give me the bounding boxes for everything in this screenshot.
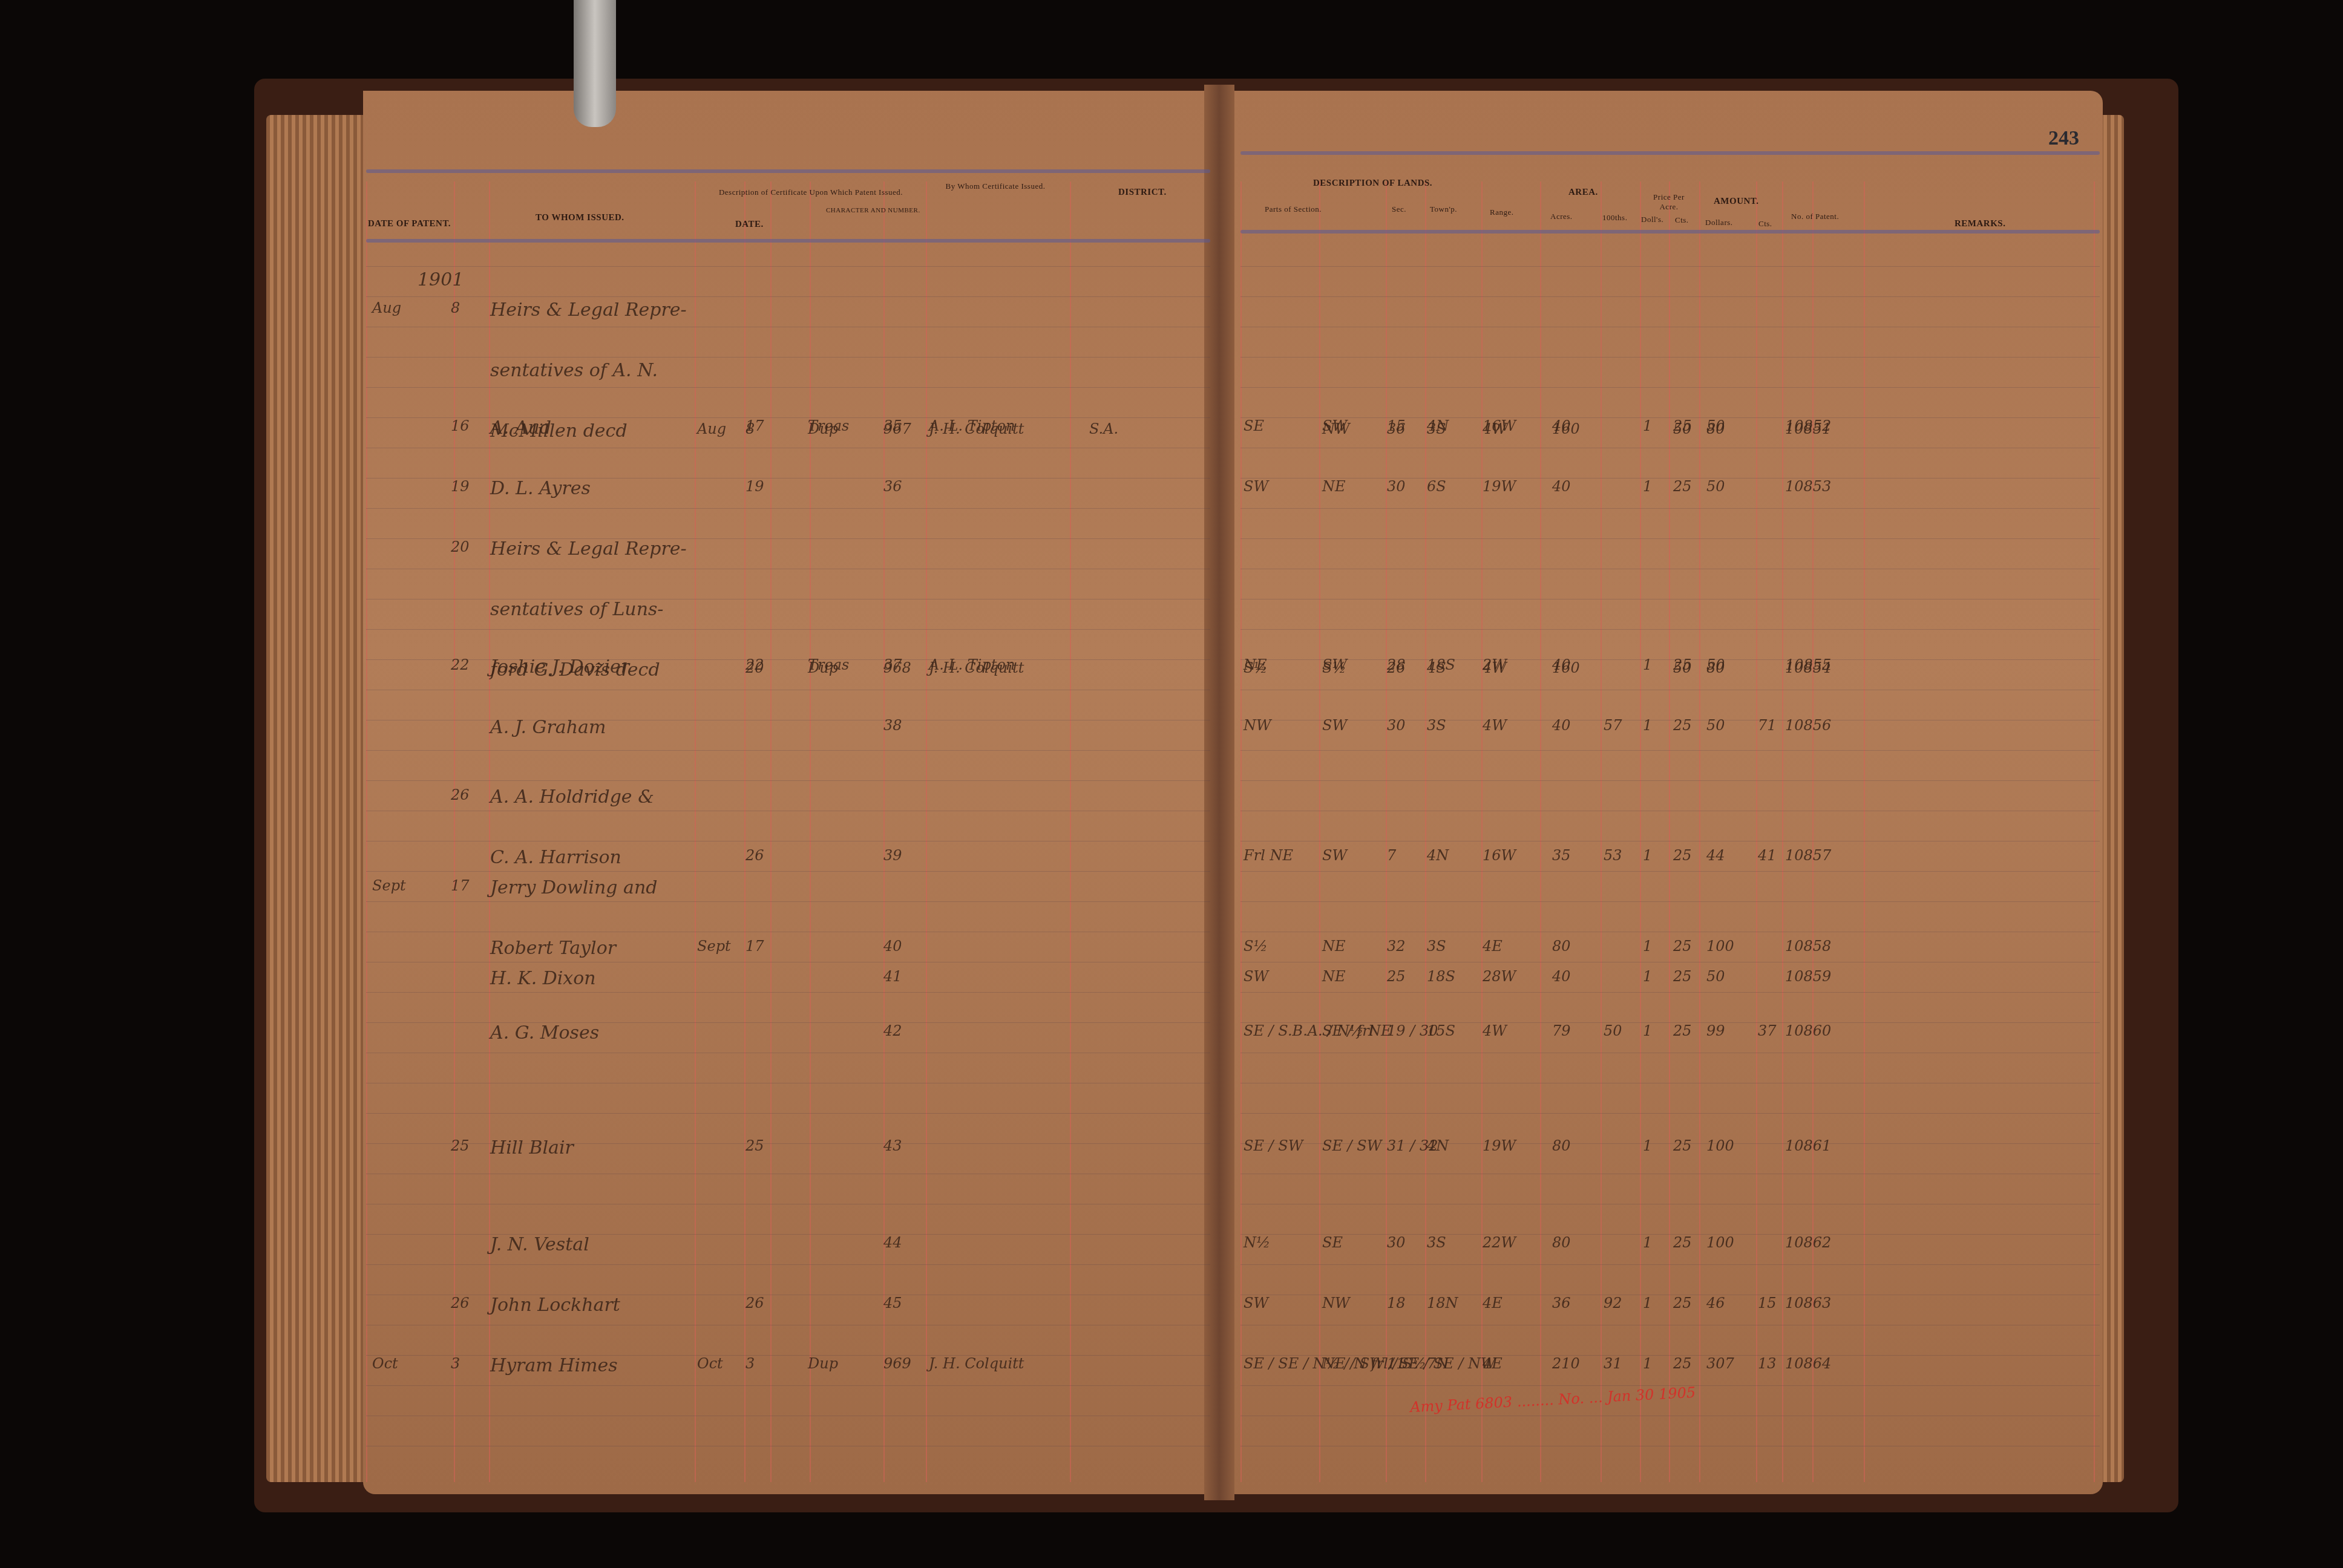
entry-name-line: Heirs & Legal Repre- bbox=[490, 299, 687, 321]
header-description-of-lands: DESCRIPTION OF LANDS. bbox=[1313, 178, 1432, 189]
row-rule bbox=[1240, 1264, 2100, 1265]
entry-rng: 16W bbox=[1483, 417, 1516, 434]
entry-part2: SE / SW bbox=[1322, 1137, 1381, 1154]
header-parts-of-section: Parts of Section. bbox=[1265, 204, 1322, 214]
entry-acres: 40 bbox=[1552, 478, 1571, 495]
entry-patent-no: 10853 bbox=[1785, 478, 1831, 495]
entry-twp: 18S bbox=[1427, 656, 1455, 673]
entry-name-line: Hyram Himes bbox=[490, 1355, 618, 1376]
entry-name-line: H. K. Dixon bbox=[490, 968, 596, 989]
entry-rng: 4W bbox=[1483, 1022, 1507, 1039]
entry-dolls: 1 bbox=[1643, 1137, 1652, 1154]
row-rule bbox=[1240, 1174, 2100, 1174]
entry-day: 22 bbox=[451, 656, 470, 673]
row-rule bbox=[366, 932, 1210, 932]
entry-dolls: 1 bbox=[1643, 1234, 1652, 1251]
bookmark-clip bbox=[574, 0, 616, 127]
entry-number: 36 bbox=[883, 478, 902, 495]
row-rule bbox=[366, 1325, 1210, 1325]
entry-acres: 40 bbox=[1552, 656, 1571, 673]
entry-acres: 40 bbox=[1552, 717, 1571, 734]
entry-patent-no: 10863 bbox=[1785, 1295, 1831, 1312]
entry-day: 16 bbox=[451, 417, 470, 434]
entry-part2: SE bbox=[1322, 1234, 1343, 1251]
entry-rng: 4W bbox=[1483, 717, 1507, 734]
entry-part2: NW bbox=[1322, 1295, 1350, 1312]
entry-cert-day: 26 bbox=[745, 847, 764, 864]
header-acres: Acres. bbox=[1550, 212, 1573, 221]
row-rule bbox=[366, 690, 1210, 690]
entry-acres: 210 bbox=[1552, 1355, 1580, 1372]
row-rule bbox=[1240, 508, 2100, 509]
entry-hundredths: 57 bbox=[1604, 717, 1622, 734]
row-rule bbox=[366, 1264, 1210, 1265]
entry-amount-cts: 13 bbox=[1758, 1355, 1777, 1372]
row-rule bbox=[366, 1053, 1210, 1053]
entry-part1: N½ bbox=[1244, 1234, 1270, 1251]
entry-part1: SW bbox=[1244, 1295, 1268, 1312]
entry-dollars: 44 bbox=[1706, 847, 1725, 864]
row-rule bbox=[366, 327, 1210, 327]
entry-rng: 19W bbox=[1483, 478, 1516, 495]
entry-dollars: 46 bbox=[1706, 1295, 1725, 1312]
year-label: 1901 bbox=[418, 269, 464, 290]
row-rule bbox=[1240, 659, 2100, 660]
header-character-number: CHARACTER AND NUMBER. bbox=[826, 207, 920, 214]
entry-dolls: 1 bbox=[1643, 717, 1652, 734]
entry-twp: 4N bbox=[1427, 417, 1449, 434]
entry-day: 25 bbox=[451, 1137, 470, 1154]
entry-cts: 25 bbox=[1673, 717, 1692, 734]
entry-part2: SW bbox=[1322, 717, 1347, 734]
header-rule bbox=[1240, 151, 2100, 155]
entry-part1: NW bbox=[1244, 717, 1271, 734]
entry-cts: 25 bbox=[1673, 847, 1692, 864]
entry-number: 41 bbox=[883, 968, 902, 985]
entry-acres: 36 bbox=[1552, 1295, 1571, 1312]
row-rule bbox=[366, 296, 1210, 297]
entry-cts: 25 bbox=[1673, 1137, 1692, 1154]
entry-rng: 19W bbox=[1483, 1137, 1516, 1154]
entry-hundredths: 92 bbox=[1604, 1295, 1622, 1312]
entry-number: 43 bbox=[883, 1137, 902, 1154]
row-rule bbox=[1240, 1113, 2100, 1114]
entry-part2: SE / frl bbox=[1322, 1022, 1374, 1039]
column-rule bbox=[926, 181, 927, 1482]
row-rule bbox=[1240, 599, 2100, 599]
entry-acres: 40 bbox=[1552, 968, 1571, 985]
row-rule bbox=[1240, 1295, 2100, 1295]
entry-cert-day: 17 bbox=[745, 938, 764, 955]
entry-name-line: A. A. Holdridge & bbox=[490, 786, 654, 808]
entry-dollars: 100 bbox=[1706, 1234, 1734, 1251]
page-number: 243 bbox=[2048, 127, 2079, 150]
entry-day: 26 bbox=[451, 786, 470, 803]
entry-dolls: 1 bbox=[1643, 847, 1652, 864]
entry-sec: 30 bbox=[1387, 1234, 1406, 1251]
column-rule bbox=[810, 181, 811, 1482]
entry-cts: 25 bbox=[1673, 1295, 1692, 1312]
entry-day: 20 bbox=[451, 538, 470, 555]
header-100ths: 100ths. bbox=[1602, 213, 1627, 223]
row-rule bbox=[366, 901, 1210, 902]
entry-dolls: 1 bbox=[1643, 1355, 1652, 1372]
header-township: Town'p. bbox=[1430, 204, 1457, 214]
row-rule bbox=[366, 1113, 1210, 1114]
row-rule bbox=[366, 357, 1210, 358]
column-rule bbox=[366, 181, 367, 1482]
entry-name-line: John Lockhart bbox=[490, 1295, 620, 1316]
entry-twp: 6S bbox=[1427, 478, 1446, 495]
row-rule bbox=[366, 1385, 1210, 1386]
entry-patent-no: 10861 bbox=[1785, 1137, 1831, 1154]
row-rule bbox=[1240, 1053, 2100, 1053]
column-rule bbox=[2094, 181, 2095, 1482]
row-rule bbox=[366, 629, 1210, 630]
entry-dolls: 1 bbox=[1643, 1022, 1652, 1039]
entry-sec: 30 bbox=[1387, 478, 1406, 495]
entry-month: Aug bbox=[372, 299, 401, 316]
entry-number: 969 bbox=[883, 1355, 911, 1372]
entry-twp: 18S bbox=[1427, 968, 1455, 985]
header-price-per-acre: Price Per Acre. bbox=[1645, 192, 1693, 212]
entry-day: 8 bbox=[451, 299, 460, 316]
entry-amount-cts: 71 bbox=[1758, 717, 1777, 734]
entry-dolls: 1 bbox=[1643, 1295, 1652, 1312]
row-rule bbox=[366, 1446, 1210, 1446]
row-rule bbox=[1240, 387, 2100, 388]
entry-hundredths: 31 bbox=[1604, 1355, 1622, 1372]
entry-cts: 25 bbox=[1673, 417, 1692, 434]
entry-day: 26 bbox=[451, 1295, 470, 1312]
row-rule bbox=[366, 871, 1210, 872]
entry-dollars: 307 bbox=[1706, 1355, 1734, 1372]
entry-part2: SW bbox=[1322, 656, 1347, 673]
entry-hundredths: 53 bbox=[1604, 847, 1622, 864]
header-rule bbox=[1240, 230, 2100, 234]
row-rule bbox=[366, 1174, 1210, 1174]
entry-cert-month: Sept bbox=[697, 938, 731, 955]
entry-number: 39 bbox=[883, 847, 902, 864]
entry-acres: 35 bbox=[1552, 847, 1571, 864]
entry-day: 19 bbox=[451, 478, 470, 495]
entry-sec: 28 bbox=[1387, 656, 1406, 673]
entry-name-line: A. G. Moses bbox=[490, 1022, 599, 1044]
header-no-of-patent: No. of Patent. bbox=[1791, 212, 1839, 221]
column-rule bbox=[1640, 181, 1641, 1482]
column-rule bbox=[454, 181, 455, 1482]
row-rule bbox=[366, 508, 1210, 509]
entry-cts: 25 bbox=[1673, 478, 1692, 495]
entry-cts: 25 bbox=[1673, 968, 1692, 985]
entry-name-line: sentatives of Luns- bbox=[490, 599, 664, 620]
row-rule bbox=[1240, 780, 2100, 781]
row-rule bbox=[1240, 296, 2100, 297]
entry-name-line: C. A. Harrison bbox=[490, 847, 621, 868]
header-dolls: Doll's. bbox=[1641, 215, 1663, 224]
entry-twp: 3S bbox=[1427, 938, 1446, 955]
entry-character: Dup bbox=[808, 1355, 838, 1372]
book-gutter bbox=[1204, 85, 1234, 1500]
header-remarks: REMARKS. bbox=[1955, 219, 2005, 229]
entry-rng: 2W bbox=[1483, 656, 1507, 673]
entry-dollars: 100 bbox=[1706, 1137, 1734, 1154]
entry-part2: NE / SW / SE / SE / NW bbox=[1322, 1355, 1496, 1372]
entry-cts: 25 bbox=[1673, 1234, 1692, 1251]
entry-cert-day: 3 bbox=[745, 1355, 755, 1372]
entry-character: Treas bbox=[808, 417, 849, 434]
entry-number: 38 bbox=[883, 717, 902, 734]
header-rule bbox=[366, 169, 1210, 173]
header-amount-cts: Cts. bbox=[1758, 219, 1772, 229]
page-edges-right bbox=[2100, 115, 2124, 1482]
column-rule bbox=[1386, 181, 1387, 1482]
row-rule bbox=[366, 448, 1210, 448]
entry-part1: SW bbox=[1244, 968, 1268, 985]
column-rule bbox=[770, 181, 772, 1482]
header-to-whom-issued: TO WHOM ISSUED. bbox=[536, 213, 624, 223]
entry-part2: NE bbox=[1322, 938, 1346, 955]
header-rule bbox=[366, 239, 1210, 243]
entry-character: Treas bbox=[808, 656, 849, 673]
row-rule bbox=[1240, 720, 2100, 720]
row-rule bbox=[366, 780, 1210, 781]
header-amount: AMOUNT. bbox=[1714, 197, 1758, 207]
entry-patent-no: 10864 bbox=[1785, 1355, 1831, 1372]
entry-twp: 4N bbox=[1427, 1137, 1449, 1154]
entry-sec: 15 bbox=[1387, 417, 1406, 434]
entry-twp: 3S bbox=[1427, 1234, 1446, 1251]
row-rule bbox=[1240, 992, 2100, 993]
row-rule bbox=[1240, 266, 2100, 267]
row-rule bbox=[366, 1083, 1210, 1083]
row-rule bbox=[366, 962, 1210, 962]
row-rule bbox=[366, 1416, 1210, 1416]
entry-name-line: Hill Blair bbox=[490, 1137, 574, 1158]
entry-twp: 7N bbox=[1427, 1355, 1449, 1372]
column-rule bbox=[1481, 181, 1483, 1482]
row-rule bbox=[1240, 811, 2100, 811]
row-rule bbox=[366, 992, 1210, 993]
entry-patent-no: 10855 bbox=[1785, 656, 1831, 673]
entry-part1: Frl NE bbox=[1244, 847, 1293, 864]
entry-patent-no: 10860 bbox=[1785, 1022, 1831, 1039]
column-rule bbox=[1601, 181, 1602, 1482]
entry-dollars: 50 bbox=[1706, 968, 1725, 985]
column-rule bbox=[1319, 181, 1320, 1482]
entry-dollars: 100 bbox=[1706, 938, 1734, 955]
entry-part1: S½ bbox=[1244, 938, 1268, 955]
entry-patent-no: 10862 bbox=[1785, 1234, 1831, 1251]
header-area: AREA. bbox=[1568, 188, 1598, 198]
entry-by-whom: A. L. Tipton bbox=[929, 417, 1015, 434]
row-rule bbox=[1240, 901, 2100, 902]
entry-dollars: 50 bbox=[1706, 717, 1725, 734]
header-certificate-description: Description of Certificate Upon Which Pa… bbox=[708, 188, 914, 197]
row-rule bbox=[1240, 1204, 2100, 1204]
entry-day: 17 bbox=[451, 877, 470, 894]
row-rule bbox=[1240, 932, 2100, 932]
entry-sec: 30 bbox=[1387, 717, 1406, 734]
entry-name-line: D. L. Ayres bbox=[490, 478, 591, 499]
column-rule bbox=[1540, 181, 1541, 1482]
entry-cert-month: Oct bbox=[697, 1355, 723, 1372]
header-range: Range. bbox=[1490, 207, 1513, 217]
header-dollars: Dollars. bbox=[1705, 218, 1733, 227]
entry-cert-day: 25 bbox=[745, 1137, 764, 1154]
entry-acres: 40 bbox=[1552, 417, 1571, 434]
entry-month: Oct bbox=[372, 1355, 398, 1372]
entry-district: S.A. bbox=[1089, 420, 1118, 437]
entry-acres: 80 bbox=[1552, 938, 1571, 955]
entry-part2: NE bbox=[1322, 968, 1346, 985]
entry-dollars: 50 bbox=[1706, 478, 1725, 495]
row-rule bbox=[1240, 1325, 2100, 1325]
entry-cert-day: 19 bbox=[745, 478, 764, 495]
entry-name-line: Robert Taylor bbox=[490, 938, 616, 959]
entry-dolls: 1 bbox=[1643, 938, 1652, 955]
entry-by-whom: A. L. Tipton bbox=[929, 656, 1015, 673]
entry-patent-no: 10857 bbox=[1785, 847, 1831, 864]
entry-hundredths: 50 bbox=[1604, 1022, 1622, 1039]
entry-rng: 4E bbox=[1483, 1355, 1502, 1372]
entry-name-line: A. J. Graham bbox=[490, 717, 606, 738]
column-rule bbox=[744, 181, 745, 1482]
entry-rng: 28W bbox=[1483, 968, 1516, 985]
entry-cts: 25 bbox=[1673, 1022, 1692, 1039]
column-rule bbox=[1864, 181, 1865, 1482]
row-rule bbox=[1240, 448, 2100, 448]
entry-patent-no: 10856 bbox=[1785, 717, 1831, 734]
entry-by-whom: J. H. Colquitt bbox=[929, 1355, 1024, 1372]
column-rule bbox=[1812, 181, 1814, 1482]
entry-part1: SE bbox=[1244, 417, 1264, 434]
row-rule bbox=[1240, 962, 2100, 962]
entry-patent-no: 10859 bbox=[1785, 968, 1831, 985]
entry-amount-cts: 15 bbox=[1758, 1295, 1777, 1312]
row-rule bbox=[366, 569, 1210, 569]
entry-twp: 3S bbox=[1427, 717, 1446, 734]
entry-number: 37 bbox=[883, 656, 902, 673]
column-rule bbox=[695, 181, 696, 1482]
row-rule bbox=[366, 811, 1210, 811]
entry-twp: 15S bbox=[1427, 1022, 1455, 1039]
column-rule bbox=[1070, 181, 1071, 1482]
entry-cert-day: 17 bbox=[745, 417, 764, 434]
row-rule bbox=[1240, 690, 2100, 690]
entry-twp: 4N bbox=[1427, 847, 1449, 864]
entry-amount-cts: 37 bbox=[1758, 1022, 1777, 1039]
entry-sec: 18 bbox=[1387, 1295, 1406, 1312]
entry-rng: 22W bbox=[1483, 1234, 1516, 1251]
entry-name-line: Heirs & Legal Repre- bbox=[490, 538, 687, 560]
row-rule bbox=[1240, 1446, 2100, 1446]
row-rule bbox=[1240, 538, 2100, 539]
entry-number: 40 bbox=[883, 938, 902, 955]
entry-name-line: Jerry Dowling and bbox=[490, 877, 657, 898]
entry-twp: 18N bbox=[1427, 1295, 1458, 1312]
column-rule bbox=[1240, 181, 1242, 1482]
column-rule bbox=[1669, 181, 1670, 1482]
row-rule bbox=[1240, 327, 2100, 327]
entry-dolls: 1 bbox=[1643, 656, 1652, 673]
row-rule bbox=[1240, 1234, 2100, 1235]
entry-number: 45 bbox=[883, 1295, 902, 1312]
entry-cert-day: 26 bbox=[745, 1295, 764, 1312]
row-rule bbox=[1240, 1416, 2100, 1416]
row-rule bbox=[366, 841, 1210, 841]
row-rule bbox=[366, 1204, 1210, 1204]
entry-part2: SW bbox=[1322, 417, 1347, 434]
entry-part1: SE / SW bbox=[1244, 1137, 1303, 1154]
right-page bbox=[1219, 91, 2103, 1494]
row-rule bbox=[1240, 569, 2100, 569]
column-rule bbox=[1699, 181, 1700, 1482]
entry-part1: SW bbox=[1244, 478, 1268, 495]
row-rule bbox=[1240, 417, 2100, 418]
entry-name-line: sentatives of A. N. bbox=[490, 360, 658, 381]
row-rule bbox=[1240, 750, 2100, 751]
entry-dollars: 50 bbox=[1706, 656, 1725, 673]
header-cts: Cts. bbox=[1675, 215, 1689, 225]
header-cert-date: DATE. bbox=[735, 220, 764, 230]
entry-rng: 16W bbox=[1483, 847, 1516, 864]
entry-acres: 80 bbox=[1552, 1234, 1571, 1251]
entry-cert-month: Aug bbox=[697, 420, 726, 437]
entry-month: Sept bbox=[372, 877, 406, 894]
header-sec: Sec. bbox=[1392, 204, 1406, 214]
entry-sec: 7 bbox=[1387, 847, 1396, 864]
entry-cts: 25 bbox=[1673, 1355, 1692, 1372]
entry-number: 44 bbox=[883, 1234, 902, 1251]
column-rule bbox=[1782, 181, 1783, 1482]
row-rule bbox=[1240, 357, 2100, 358]
row-rule bbox=[1240, 1083, 2100, 1083]
row-rule bbox=[366, 387, 1210, 388]
entry-sec: 32 bbox=[1387, 938, 1406, 955]
entry-name-line: J. N. Vestal bbox=[490, 1234, 589, 1255]
row-rule bbox=[1240, 841, 2100, 841]
entry-cts: 25 bbox=[1673, 938, 1692, 955]
header-district: DISTRICT. bbox=[1118, 188, 1167, 198]
row-rule bbox=[1240, 478, 2100, 479]
entry-dolls: 1 bbox=[1643, 478, 1652, 495]
entry-patent-no: 10858 bbox=[1785, 938, 1831, 955]
entry-part2: SW bbox=[1322, 847, 1347, 864]
entry-dolls: 1 bbox=[1643, 968, 1652, 985]
entry-sec: 11 bbox=[1387, 1355, 1406, 1372]
entry-cts: 25 bbox=[1673, 656, 1692, 673]
row-rule bbox=[1240, 629, 2100, 630]
entry-acres: 79 bbox=[1552, 1022, 1571, 1039]
entry-dollars: 50 bbox=[1706, 417, 1725, 434]
page-edges-left bbox=[266, 115, 369, 1482]
entry-cert-day: 22 bbox=[745, 656, 764, 673]
entry-part1: NE bbox=[1244, 656, 1267, 673]
entry-name-line: Joshie J. Dozier bbox=[490, 656, 629, 678]
row-rule bbox=[366, 750, 1210, 751]
row-rule bbox=[366, 266, 1210, 267]
row-rule bbox=[1240, 871, 2100, 872]
entry-number: 35 bbox=[883, 417, 902, 434]
column-rule bbox=[1425, 181, 1426, 1482]
column-rule bbox=[1756, 181, 1757, 1482]
entry-day: 3 bbox=[451, 1355, 460, 1372]
entry-acres: 80 bbox=[1552, 1137, 1571, 1154]
entry-number: 42 bbox=[883, 1022, 902, 1039]
entry-part2: NE bbox=[1322, 478, 1346, 495]
entry-dolls: 1 bbox=[1643, 417, 1652, 434]
